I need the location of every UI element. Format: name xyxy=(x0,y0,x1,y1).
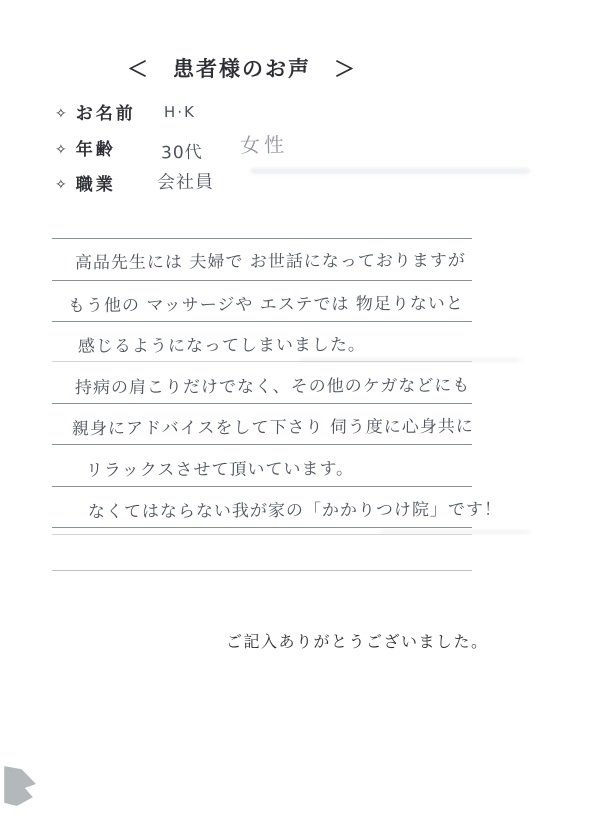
testimonial-line: 感じるようになってしまいました。 xyxy=(78,330,366,357)
scan-streak xyxy=(300,358,520,362)
diamond-icon: ✧ xyxy=(55,142,67,159)
ruled-line xyxy=(52,280,472,281)
scanned-feedback-form: ＜ 患者様のお声 ＞ ✧ お名前 H·K ✧ 年齢 30代 女性 ✧ 職業 会社… xyxy=(0,0,600,825)
gender-value: 女性 xyxy=(240,129,288,159)
thank-you-text: ご記入ありがとうございました。 xyxy=(226,629,489,652)
name-value: H·K xyxy=(164,103,196,121)
page-title: ＜ 患者様のお声 ＞ xyxy=(0,53,484,83)
field-row-occupation: ✧ 職業 xyxy=(55,170,116,195)
scan-smudge xyxy=(4,766,36,806)
ruled-line-ghost xyxy=(52,534,472,535)
testimonial-line: もう他の マッサージや エステでは 物足りないと xyxy=(68,289,464,316)
scan-streak xyxy=(380,530,530,534)
field-row-name: ✧ お名前 xyxy=(55,99,136,124)
field-row-age: ✧ 年齢 xyxy=(55,135,116,160)
ruled-line xyxy=(52,321,472,322)
age-label: 年齢 xyxy=(76,135,116,160)
ruled-line xyxy=(52,570,472,571)
testimonial-line: 持病の肩こりだけでなく、その他のケガなどにも xyxy=(75,371,471,398)
occupation-value: 会社員 xyxy=(157,168,214,194)
occupation-label: 職業 xyxy=(76,170,116,195)
name-label: お名前 xyxy=(76,99,136,124)
testimonial-line: 高品先生には 夫婦で お世話になっておりますが xyxy=(75,246,466,273)
age-value: 30代 xyxy=(161,138,203,164)
scan-streak xyxy=(250,168,530,174)
ruled-line xyxy=(52,486,472,487)
testimonial-line: リラックスさせて頂いています。 xyxy=(86,454,354,481)
ruled-line xyxy=(52,238,472,239)
diamond-icon: ✧ xyxy=(55,177,67,194)
ruled-line xyxy=(52,527,472,528)
testimonial-line: なくてはならない我が家の「かかりつけ院」です！ xyxy=(88,495,502,523)
testimonial-line: 親身にアドバイスをして下さり 伺う度に心身共に xyxy=(72,412,474,439)
diamond-icon: ✧ xyxy=(55,106,67,123)
ruled-line xyxy=(52,403,472,404)
ruled-line xyxy=(52,444,472,445)
